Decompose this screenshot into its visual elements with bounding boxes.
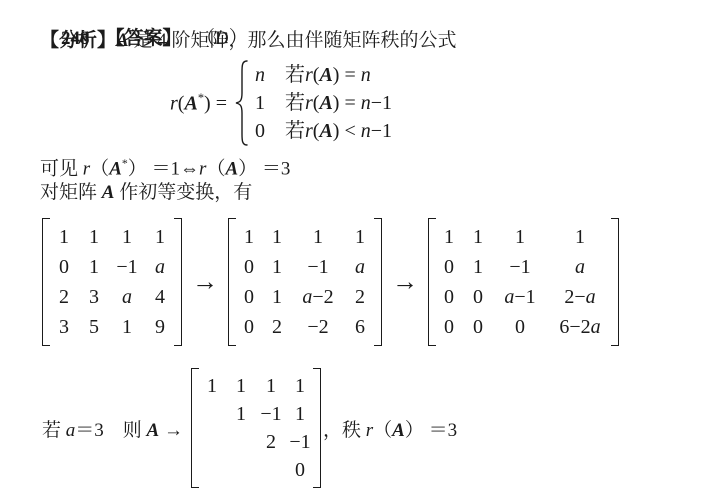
text-segment: A	[319, 64, 332, 86]
matrix-cell-char: 5	[89, 316, 99, 338]
matrix-cell: 6	[355, 316, 365, 339]
case-condition: 若r(A) = n−1	[285, 89, 392, 117]
text-segment: 则	[104, 420, 147, 441]
matrix-cell: −1	[307, 256, 328, 279]
matrix-cell-char: 0	[515, 316, 525, 338]
analysis-line: 【分析】A 是 4 阶矩阵，那么由伴随矩阵秩的公式	[40, 29, 456, 52]
matrix-cell-char: a	[155, 256, 165, 278]
matrix-cell-char: 6	[355, 316, 365, 338]
matrix-cell-char: −	[514, 286, 525, 308]
matrix-cell: 1	[272, 286, 282, 309]
matrix-cell-char: −	[307, 316, 318, 338]
text-segment: ，秩	[323, 420, 366, 441]
matrix-cell: 0	[473, 286, 483, 309]
text-segment: ＝3	[75, 420, 104, 441]
matrix-cell: 1	[313, 226, 323, 249]
text-segment: ) <	[333, 120, 361, 142]
matrix-cell-char: 1	[244, 226, 254, 248]
piecewise-cases: n 若r(A) = n 1 若r(A) = n−1 0 若r(A) < n−1	[255, 61, 392, 145]
matrix-cell-char: −	[569, 316, 580, 338]
matrix-cell: 2	[266, 431, 276, 454]
text-segment: 是 4 阶矩阵，那么由伴随矩阵秩的公式	[129, 30, 457, 51]
matrix-cell-char: 6	[559, 316, 569, 338]
matrix-cell: 0	[244, 256, 254, 279]
matrix-cell-char: 0	[59, 256, 69, 278]
matrix-cell-char: 1	[236, 403, 246, 425]
matrix-cell: 3	[89, 286, 99, 309]
matrix-cell: 1	[473, 226, 483, 249]
text-segment: A	[102, 182, 115, 203]
text-segment: 1	[255, 92, 265, 114]
text-segment: A	[392, 420, 405, 441]
matrix-cell: 1	[236, 375, 246, 398]
matrix-cell-char: 1	[59, 226, 69, 248]
final-matrix: 11111−112−10	[191, 368, 321, 488]
text-segment: 若	[285, 120, 305, 142]
conclusion-line: 可见 r（A*） ＝1⇔r（A） ＝3	[40, 152, 290, 180]
matrix-cell-char: 1	[295, 375, 305, 397]
final-prefix: 若 a＝3 则 A →	[42, 415, 183, 442]
text-segment: r	[305, 64, 313, 86]
matrix-cell: 1	[236, 403, 246, 426]
matrix-cell: 0	[295, 459, 305, 482]
matrix-cell-char: 1	[122, 316, 132, 338]
text-segment: −1	[371, 120, 392, 142]
text-segment: A	[225, 158, 238, 179]
matrix-cell-char: 2	[266, 431, 276, 453]
matrix-cell: 1	[473, 256, 483, 279]
matrix-cell-char: 1	[444, 226, 454, 248]
solution-page: 248【答案】（D） 【分析】A 是 4 阶矩阵，那么由伴随矩阵秩的公式 r(A…	[0, 0, 714, 500]
text-segment: A	[184, 92, 197, 114]
matrix-cell: −2	[307, 316, 328, 339]
matrix-cell: 1	[575, 226, 585, 249]
matrix-cell: 0	[515, 316, 525, 339]
text-segment: ＝3	[257, 158, 290, 179]
matrix-cell-char: 1	[272, 403, 282, 425]
matrix-cell: 1	[266, 375, 276, 398]
text-segment: 0	[255, 120, 265, 142]
matrix-cell-char: a	[504, 286, 514, 308]
matrix-cell: 1	[295, 403, 305, 426]
matrix-cell: 0	[444, 316, 454, 339]
matrix-cell: 1	[155, 226, 165, 249]
matrix-cell-char: a	[586, 286, 596, 308]
matrix-cell: 4	[155, 286, 165, 309]
matrix-cell: 2	[272, 316, 282, 339]
matrix-cell-char: 0	[444, 286, 454, 308]
final-line: 若 a＝3 则 A → 11111−112−10 ，秩 r（A） ＝3	[42, 368, 457, 488]
matrix-cell-char: 1	[515, 226, 525, 248]
matrix-cell-char: 2	[319, 316, 329, 338]
case-value: 0	[255, 117, 265, 145]
matrix-cell: 9	[155, 316, 165, 339]
text-segment: A	[116, 30, 129, 51]
matrix-cell: 1	[89, 226, 99, 249]
matrix-cell: −1	[509, 256, 530, 279]
case-condition: 若r(A) = n	[285, 61, 392, 89]
text-segment: −1	[371, 92, 392, 114]
case-value: 1	[255, 89, 265, 117]
matrix-cell-char: 1	[575, 226, 585, 248]
matrix-cell: 1	[89, 256, 99, 279]
matrix-cell: 1	[355, 226, 365, 249]
text-segment: 对矩阵	[40, 182, 102, 203]
matrix-cell-char: 0	[444, 256, 454, 278]
matrix-cell-char: 0	[473, 316, 483, 338]
matrix-cell-char: 2	[324, 286, 334, 308]
text-segment: 若	[285, 64, 305, 86]
matrix-cell-char: 1	[128, 256, 138, 278]
matrix-3: 111101−1a00a−12−a0006−2a	[428, 218, 619, 346]
matrix-cell: −1	[116, 256, 137, 279]
text-segment: n	[255, 64, 265, 86]
matrix-cell-char: 1	[89, 256, 99, 278]
matrix-cell-char: a	[122, 286, 132, 308]
matrix-cell-char: 1	[272, 226, 282, 248]
matrix-cell-char: 4	[155, 286, 165, 308]
matrix-cell-char: 1	[526, 286, 536, 308]
text-segment: ＝3	[424, 420, 457, 441]
matrix-cell-char: −	[116, 256, 127, 278]
matrix-cell: −1	[289, 431, 310, 454]
matrix-chain: 111101−1a23a43519 → 111101−1a01a−2202−26…	[42, 218, 619, 346]
matrix-cell: 2−a	[564, 286, 595, 309]
matrix-cell: 1	[295, 375, 305, 398]
text-segment: A	[319, 120, 332, 142]
text-segment: r	[170, 92, 178, 114]
right-arrow-icon: →	[190, 269, 220, 295]
matrix-cell-char: −	[509, 256, 520, 278]
matrix-cell-char: 1	[89, 226, 99, 248]
matrix-cell: a−1	[504, 286, 535, 309]
matrix-cell-char: 1	[473, 256, 483, 278]
matrix-cell: 5	[89, 316, 99, 339]
matrix-cell-char: −	[574, 286, 585, 308]
matrix-cell-char: 1	[313, 226, 323, 248]
text-segment: 【分析】	[40, 30, 116, 51]
text-segment: ) =	[333, 92, 361, 114]
matrix-cell: 1	[122, 316, 132, 339]
text-segment: n	[361, 64, 371, 86]
matrix-cell: 1	[444, 226, 454, 249]
text-segment: a	[66, 420, 76, 441]
matrix-cell-char: −	[289, 431, 300, 453]
matrix-cell: a	[155, 256, 165, 279]
matrix-cell-char: 3	[59, 316, 69, 338]
matrix-cell-char: 1	[122, 226, 132, 248]
matrix-1: 111101−1a23a43519	[42, 218, 182, 346]
matrix-cell: 0	[244, 286, 254, 309]
matrix-cell: 3	[59, 316, 69, 339]
text-segment: （	[373, 420, 392, 441]
matrix-cell: 0	[244, 316, 254, 339]
text-segment: =	[211, 92, 232, 114]
matrix-cell-char: 1	[355, 226, 365, 248]
matrix-cell: 6−2a	[559, 316, 600, 339]
text-segment: →	[159, 420, 183, 441]
matrix-cell: 1	[122, 226, 132, 249]
text-segment: )	[204, 92, 211, 114]
right-arrow-icon: →	[390, 269, 420, 295]
matrix-cell: 1	[207, 375, 217, 398]
matrix-cell-char: 0	[244, 316, 254, 338]
matrix-cell-char: 0	[473, 286, 483, 308]
matrix-cell: 0	[444, 286, 454, 309]
text-segment: 作初等变换，有	[114, 182, 252, 203]
text-segment: ＝1	[147, 158, 180, 179]
matrix-cell: a−2	[302, 286, 333, 309]
text-segment: 若	[42, 420, 66, 441]
matrix-cell-char: −	[312, 286, 323, 308]
matrix-cell-char: 2	[272, 316, 282, 338]
matrix-cell-char: 0	[444, 316, 454, 338]
matrix-cell-char: 2	[564, 286, 574, 308]
case-value: n	[255, 61, 265, 89]
text-segment: n	[361, 120, 371, 142]
matrix-cell-char: −	[307, 256, 318, 278]
text-segment: A	[147, 420, 160, 441]
case-condition: 若r(A) < n−1	[285, 117, 392, 145]
matrix-cell: 1	[59, 226, 69, 249]
matrix-cell-char: 9	[155, 316, 165, 338]
matrix-cell-char: 1	[295, 403, 305, 425]
text-segment: r	[305, 92, 313, 114]
matrix-cell-char: 1	[521, 256, 531, 278]
transform-line: 对矩阵 A 作初等变换，有	[40, 181, 252, 204]
matrix-cell-char: a	[355, 256, 365, 278]
text-segment: ）	[238, 158, 257, 179]
text-segment: ⇔	[180, 158, 199, 179]
matrix-cell-char: 1	[272, 256, 282, 278]
matrix-cell-char: 2	[581, 316, 591, 338]
matrix-cell-char: 1	[266, 375, 276, 397]
matrix-cell-char: 1	[207, 375, 217, 397]
text-segment: ) =	[333, 64, 361, 86]
final-suffix: ，秩 r（A） ＝3	[323, 415, 457, 442]
text-segment: A	[109, 158, 122, 179]
left-brace-icon	[235, 60, 248, 146]
matrix-cell-char: 2	[355, 286, 365, 308]
matrix-cell: 2	[355, 286, 365, 309]
matrix-cell-char: 1	[155, 226, 165, 248]
text-segment: A	[319, 92, 332, 114]
matrix-cell: 1	[272, 226, 282, 249]
matrix-cell-char: a	[591, 316, 601, 338]
matrix-cell: −1	[260, 403, 281, 426]
matrix-cell: a	[122, 286, 132, 309]
matrix-cell-char: 1	[272, 286, 282, 308]
matrix-cell-char: 1	[319, 256, 329, 278]
matrix-cell-char: 1	[473, 226, 483, 248]
text-segment: 若	[285, 92, 305, 114]
matrix-cell-char: 2	[59, 286, 69, 308]
matrix-cell: 0	[473, 316, 483, 339]
piecewise-formula: r(A*) = n 若r(A) = n 1 若r(A) = n−1 0 若r(A…	[170, 60, 392, 146]
matrix-cell-char: 1	[236, 375, 246, 397]
matrix-cell-char: a	[575, 256, 585, 278]
matrix-cell-char: 0	[295, 459, 305, 481]
matrix-cell: a	[355, 256, 365, 279]
matrix-cell-char: 0	[244, 256, 254, 278]
matrix-cell: 0	[59, 256, 69, 279]
matrix-cell-char: a	[302, 286, 312, 308]
text-segment: （	[206, 158, 225, 179]
formula-lhs: r(A*) =	[170, 91, 232, 116]
text-segment: ）	[405, 420, 424, 441]
matrix-cell: 2	[59, 286, 69, 309]
matrix-cell-char: 1	[301, 431, 311, 453]
text-segment: r	[305, 120, 313, 142]
text-segment: （	[90, 158, 109, 179]
matrix-cell: a	[575, 256, 585, 279]
matrix-cell: 1	[244, 226, 254, 249]
matrix-cell-char: −	[260, 403, 271, 425]
text-segment: n	[361, 92, 371, 114]
text-segment: 可见	[40, 158, 83, 179]
matrix-cell: 1	[515, 226, 525, 249]
matrix-2: 111101−1a01a−2202−26	[228, 218, 382, 346]
matrix-cell-char: 0	[244, 286, 254, 308]
matrix-cell: 0	[444, 256, 454, 279]
text-segment: ）	[128, 158, 147, 179]
matrix-cell-char: 3	[89, 286, 99, 308]
matrix-cell: 1	[272, 256, 282, 279]
